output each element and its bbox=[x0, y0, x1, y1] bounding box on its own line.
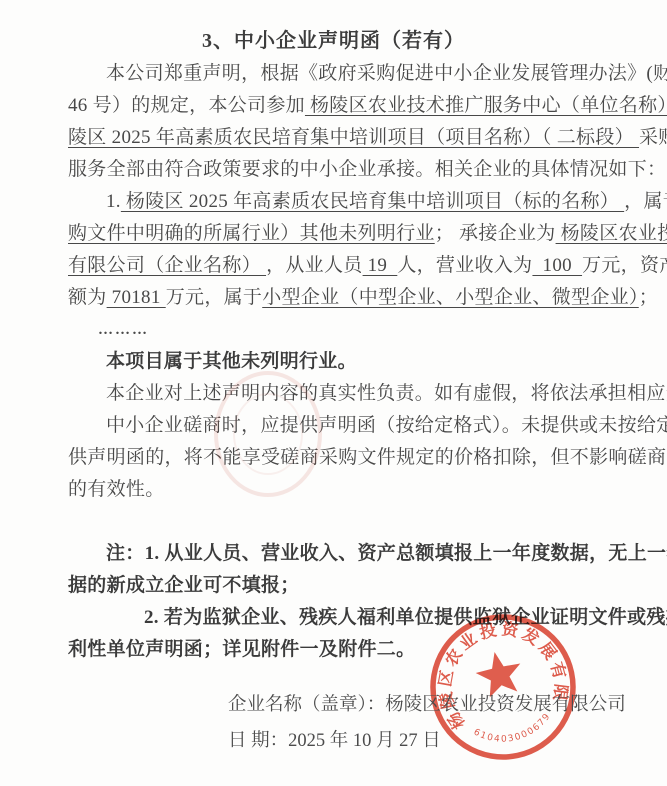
text-segment: ，属于 bbox=[624, 191, 667, 212]
text-segment: ； bbox=[639, 287, 658, 308]
text-line: 本企业对上述声明内容的真实性负责。如有虚假，将依法承担相应责任。 bbox=[68, 378, 646, 410]
text-segment: 1. bbox=[106, 191, 121, 212]
text-line: 46 号）的规定，本公司参加 杨陵区农业技术推广服务中心（单位名称） 的 杨 bbox=[68, 90, 646, 122]
text-segment: 采购活动， bbox=[639, 127, 667, 148]
underlined-field-text: 有限公司（企业名称） bbox=[68, 255, 266, 276]
ghost-seal bbox=[198, 360, 338, 510]
text-segment: 据的新成立企业可不填报； bbox=[68, 575, 300, 596]
underlined-field-text: 杨陵区农业投资发展 bbox=[556, 223, 667, 244]
document-title: 3、中小企业声明函（若有） bbox=[0, 24, 667, 53]
text-segment: 注：1. 从业人员、营业收入、资产总额填报上一年度数据，无上一年度数 bbox=[106, 543, 667, 564]
company-name-line: 企业名称（盖章）：杨陵区农业投资发展有限公司 bbox=[228, 692, 626, 728]
text-line: 供声明函的，将不能享受磋商采购文件规定的价格扣除，但不影响磋商响应文件 bbox=[68, 442, 646, 474]
text-segment: 额为 bbox=[68, 287, 107, 308]
underlined-field-text: 19 bbox=[363, 255, 398, 276]
text-segment: 利性单位声明函；详见附件一及附件二。 bbox=[68, 639, 415, 660]
date-line: 日 期：2025 年 10 月 27 日 bbox=[228, 728, 626, 764]
signature-block: 企业名称（盖章）：杨陵区农业投资发展有限公司 日 期：2025 年 10 月 2… bbox=[228, 692, 626, 764]
document-page: 3、中小企业声明函（若有） 本公司郑重声明，根据《政府采购促进中小企业发展管理办… bbox=[0, 0, 667, 786]
text-line: 额为 70181 万元，属于小型企业（中型企业、小型企业、微型企业）； bbox=[68, 282, 646, 314]
underlined-field-text: 购文件中明确的所属行业）其他未列明行业 bbox=[68, 223, 435, 244]
underlined-field-text: 陵区 2025 年高素质农民培育集中培训项目（项目名称）（ 二标段） bbox=[68, 127, 639, 148]
text-segment: 人，营业收入为 bbox=[397, 255, 532, 276]
text-segment: 万元，资产总 bbox=[582, 255, 667, 276]
underlined-field-text: 杨陵区农业技术推广服务中心（单位名称） bbox=[305, 95, 667, 116]
text-segment: ，从业人员 bbox=[266, 255, 363, 276]
text-line: 的有效性。 bbox=[68, 474, 646, 506]
text-line: 1. 杨陵区 2025 年高素质农民培育集中培训项目（标的名称） ，属于 （采 bbox=[68, 186, 646, 218]
underlined-field-text: 杨陵区 2025 年高素质农民培育集中培训项目（标的名称） bbox=[121, 191, 624, 212]
text-segment: 供声明函的，将不能享受磋商采购文件规定的价格扣除，但不影响磋商响应文件 bbox=[68, 447, 667, 468]
text-line: 本项目属于其他未列明行业。 bbox=[68, 346, 646, 378]
text-segment: 的有效性。 bbox=[68, 479, 165, 500]
text-segment: ； 承接企业为 bbox=[435, 223, 556, 244]
text-line: 本公司郑重声明，根据《政府采购促进中小企业发展管理办法》(财库〔2020〕 bbox=[68, 58, 646, 90]
text-segment: ……… bbox=[98, 322, 149, 338]
text-line: 中小企业磋商时，应提供声明函（按给定格式）。未提供或未按给定格式提 bbox=[68, 410, 646, 442]
text-segment: 本公司郑重声明，根据《政府采购促进中小企业发展管理办法》(财库〔2020〕 bbox=[106, 63, 667, 84]
underlined-field-text: 100 bbox=[532, 255, 582, 276]
document-body: 本公司郑重声明，根据《政府采购促进中小企业发展管理办法》(财库〔2020〕46 … bbox=[68, 58, 646, 666]
underlined-field-text: 小型企业（中型企业、小型企业、微型企业） bbox=[262, 287, 639, 308]
text-segment: 中小企业磋商时，应提供声明函（按给定格式）。未提供或未按给定格式提 bbox=[106, 415, 667, 436]
text-segment: 本企业对上述声明内容的真实性负责。如有虚假，将依法承担相应责任。 bbox=[106, 383, 667, 404]
note-line: 注：1. 从业人员、营业收入、资产总额填报上一年度数据，无上一年度数 bbox=[68, 538, 646, 570]
text-segment: 万元，属于 bbox=[166, 287, 263, 308]
text-line: 购文件中明确的所属行业）其他未列明行业； 承接企业为 杨陵区农业投资发展 bbox=[68, 218, 646, 250]
underlined-field-text: 70181 bbox=[107, 287, 166, 308]
text-line: 服务全部由符合政策要求的中小企业承接。相关企业的具体情况如下： bbox=[68, 154, 646, 186]
text-segment: 服务全部由符合政策要求的中小企业承接。相关企业的具体情况如下： bbox=[68, 159, 666, 180]
text-segment: 46 号）的规定，本公司参加 bbox=[68, 95, 305, 116]
text-line: 陵区 2025 年高素质农民培育集中培训项目（项目名称）（ 二标段） 采购活动， bbox=[68, 122, 646, 154]
ellipsis-line: ……… bbox=[68, 314, 646, 346]
text-line: 有限公司（企业名称） ，从业人员 19 人，营业收入为 100 万元，资产总 bbox=[68, 250, 646, 282]
